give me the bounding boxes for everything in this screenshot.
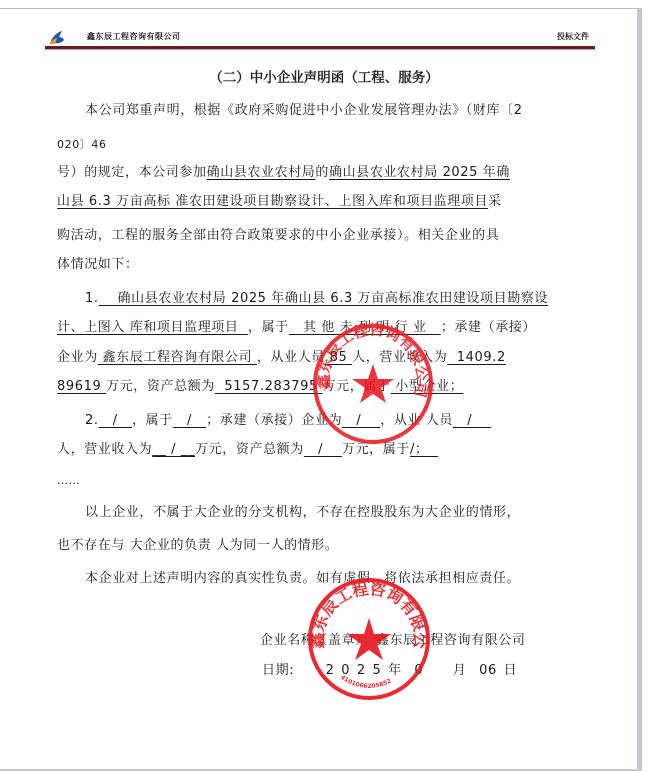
text: 企业为 (57, 350, 98, 365)
paragraph-2-line-2: 也不存在与 大企业的负责 人为同一人的情形。 (57, 538, 338, 554)
item-2-employees: / (453, 413, 491, 428)
item-1-line-3: 企业为 鑫东辰工程咨询有限公司 ，从业人员 85 人，营业收入为 1409.2 (57, 350, 506, 366)
project-name-part-3: 准农田建设项目勘察设计、上图入库和项目监理项目 (171, 194, 489, 209)
item-1-project: 确山县农业农村局 2025 年确山县 6.3 万亩高标准农田建设项目勘察设 (99, 291, 548, 306)
paragraph-1-line-1: 本公司郑重声明，根据《政府采购促进中小企业发展管理办法》（财库〔2 (85, 103, 523, 119)
text: ，属于 (248, 320, 289, 335)
paragraph-2-line-1: 以上企业，不属于大企业的分支机构，不存在控股股东为大企业的情形， (85, 505, 520, 521)
item-1-project-cont: 计、上图入 库和项目监理项目 (57, 320, 248, 335)
text: 的 (315, 165, 329, 180)
item-1-assets: 5157.283795 (215, 379, 323, 394)
header-divider (45, 46, 595, 50)
paragraph-3: 本企业对上述声明内容的真实性负责。如有虚假，将依法承担相应责任。 (85, 571, 520, 587)
paragraph-1-line-5: 购活动，工程的服务全部由符合政策要求的中小企业承接）。相关企业的具 (57, 228, 499, 244)
date-day: 06 (479, 663, 497, 678)
ellipsis: …… (57, 473, 80, 489)
header-doc-type: 投标文件 (557, 31, 589, 42)
header-company-name: 鑫东辰工程咨询有限公司 (87, 31, 181, 42)
purchaser-name: 确山县农业农村局 (207, 165, 316, 180)
paragraph-1-line-2: 020〕46 (57, 137, 107, 153)
item-2-project: / (99, 413, 132, 428)
item-1-line-2: 计、上图入 库和项目监理项目 ，属于 其 他 未 列 明 行 业 ；承建（承接） (57, 320, 536, 336)
item-number: 1. (85, 291, 99, 306)
project-name-part-1: 确山县农业农村局 2025 年确 (329, 165, 510, 180)
text: ；承建（承接） (441, 320, 536, 335)
date-day-unit: 日 (504, 663, 518, 678)
paragraph-1-line-4: 山县 6.3 万亩高标 准农田建设项目勘察设计、上图入库和项目监理项目采 (57, 194, 502, 210)
text: 万元，资产总额为 (195, 442, 304, 457)
date-month-unit: 月 (453, 663, 467, 678)
paragraph-1-line-3: 号）的规定，本公司参加确山县农业农村局的确山县农业农村局 2025 年确 (57, 165, 510, 181)
paragraph-1-line-6: 体情况如下： (57, 257, 139, 273)
item-1-revenue: 1409.2 (447, 350, 506, 365)
item-2-revenue: __ / __ (152, 442, 195, 457)
text: ，属于 (132, 413, 173, 428)
svg-text:4101066205852: 4101066205852 (339, 674, 392, 690)
item-number: 2. (85, 413, 99, 428)
item-2-industry: / (173, 413, 206, 428)
item-1-company: 鑫东辰工程咨询有限公司 (98, 350, 257, 365)
project-name-part-2: 山县 6.3 万亩高标 (57, 194, 171, 209)
text: 人，营业收入为 (57, 442, 152, 457)
company-seal-icon: 鑫东辰工程咨询有限公司 (311, 322, 435, 446)
text: 采 (488, 194, 502, 209)
date-label: 日期: (262, 663, 294, 678)
item-1-line-1: 1. 确山县农业农村局 2025 年确山县 6.3 万亩高标准农田建设项目勘察设 (85, 291, 548, 307)
company-logo-icon (48, 29, 68, 45)
company-seal-icon: 鑫东辰工程咨询有限公司 4101066205852 (306, 576, 432, 702)
text: 万元，资产总额为 (106, 379, 215, 394)
document-title: （二）中小企业声明函（工程、服务） (0, 66, 648, 86)
item-1-revenue-cont: 89619 (57, 379, 106, 394)
text: 号）的规定，本公司参加 (57, 165, 207, 180)
page-header: 鑫东辰工程咨询有限公司 投标文件 (45, 27, 595, 49)
